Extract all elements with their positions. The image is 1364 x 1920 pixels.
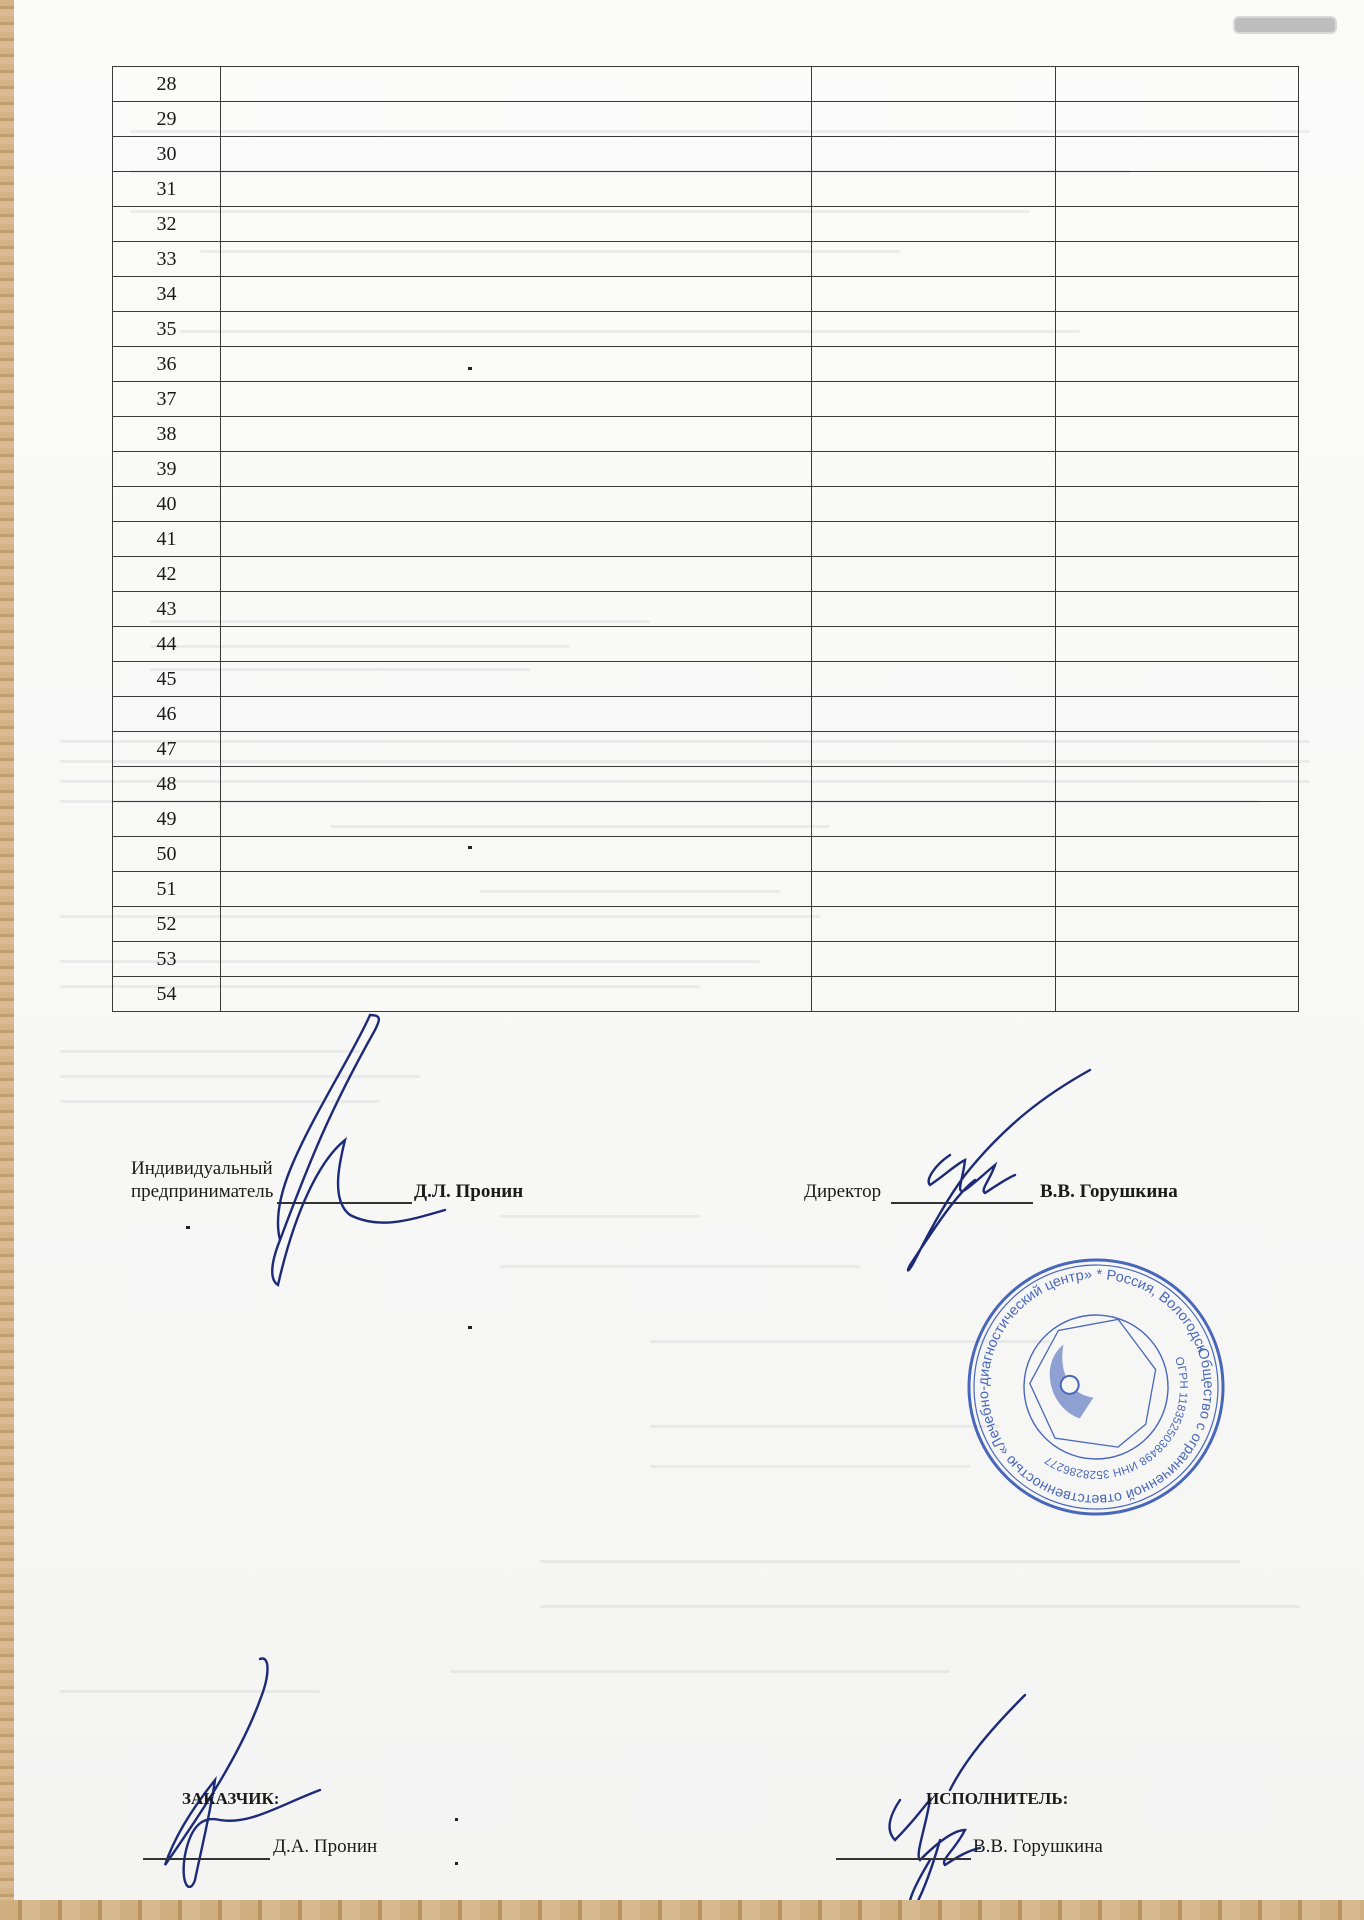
table-cell	[221, 557, 812, 592]
table-cell	[1056, 347, 1299, 382]
table-cell	[221, 977, 812, 1012]
row-number-cell: 40	[113, 487, 221, 522]
table-cell	[812, 872, 1056, 907]
row-number-cell: 30	[113, 137, 221, 172]
table-cell	[1056, 732, 1299, 767]
register-table: 2829303132333435363738394041424344454647…	[112, 66, 1299, 1012]
table-cell	[812, 662, 1056, 697]
table-cell	[221, 347, 812, 382]
table-cell	[1056, 592, 1299, 627]
show-through-line	[500, 1265, 860, 1268]
row-number-cell: 48	[113, 767, 221, 802]
desk-surface-left	[0, 0, 14, 1920]
row-number-cell: 37	[113, 382, 221, 417]
signature-line	[836, 1858, 971, 1860]
customer-label: ЗАКАЗЧИК:	[182, 1789, 279, 1809]
table-cell	[1056, 207, 1299, 242]
table-row: 46	[113, 697, 1299, 732]
row-number-cell: 50	[113, 837, 221, 872]
table-cell	[812, 172, 1056, 207]
table-cell	[221, 102, 812, 137]
table-row: 54	[113, 977, 1299, 1012]
show-through-line	[450, 1670, 950, 1673]
signer-role: Директор	[804, 1181, 881, 1203]
row-number-cell: 49	[113, 802, 221, 837]
row-number-cell: 34	[113, 277, 221, 312]
table-cell	[221, 802, 812, 837]
table-row: 50	[113, 837, 1299, 872]
table-cell	[812, 382, 1056, 417]
table-cell	[221, 487, 812, 522]
table-cell	[1056, 802, 1299, 837]
table-row: 38	[113, 417, 1299, 452]
row-number-cell: 47	[113, 732, 221, 767]
table-cell	[1056, 697, 1299, 732]
table-cell	[221, 942, 812, 977]
table-row: 34	[113, 277, 1299, 312]
show-through-line	[540, 1560, 1240, 1563]
show-through-line	[650, 1425, 1000, 1428]
table-row: 29	[113, 102, 1299, 137]
table-row: 51	[113, 872, 1299, 907]
table-cell	[1056, 67, 1299, 102]
table-cell	[1056, 242, 1299, 277]
table-row: 36	[113, 347, 1299, 382]
table-cell	[812, 802, 1056, 837]
table-cell	[812, 592, 1056, 627]
table-cell	[1056, 977, 1299, 1012]
table-cell	[1056, 837, 1299, 872]
table-cell	[221, 207, 812, 242]
table-cell	[221, 452, 812, 487]
stray-mark	[455, 1862, 458, 1865]
table-cell	[812, 907, 1056, 942]
table-cell	[1056, 102, 1299, 137]
table-cell	[812, 347, 1056, 382]
row-number-cell: 44	[113, 627, 221, 662]
table-row: 31	[113, 172, 1299, 207]
row-number-cell: 41	[113, 522, 221, 557]
table-row: 45	[113, 662, 1299, 697]
svg-text:Общество с ограниченной ответс: Общество с ограниченной ответственностью…	[962, 1253, 1230, 1521]
stray-mark	[468, 1326, 472, 1329]
row-number-cell: 38	[113, 417, 221, 452]
table-cell	[221, 67, 812, 102]
signer-role-line1: Индивидуальный	[131, 1158, 273, 1180]
table-cell	[812, 102, 1056, 137]
table-cell	[812, 942, 1056, 977]
table-cell	[221, 592, 812, 627]
table-cell	[812, 242, 1056, 277]
table-cell	[812, 207, 1056, 242]
table-cell	[812, 487, 1056, 522]
row-number-cell: 46	[113, 697, 221, 732]
table-cell	[1056, 452, 1299, 487]
table-cell	[1056, 137, 1299, 172]
table-cell	[1056, 382, 1299, 417]
table-cell	[812, 732, 1056, 767]
table-cell	[812, 417, 1056, 452]
table-cell	[1056, 942, 1299, 977]
show-through-line	[500, 1215, 700, 1218]
show-through-line	[650, 1465, 970, 1468]
table-cell	[1056, 662, 1299, 697]
table-row: 48	[113, 767, 1299, 802]
table-row: 41	[113, 522, 1299, 557]
table-cell	[812, 837, 1056, 872]
table-row: 32	[113, 207, 1299, 242]
table-cell	[1056, 312, 1299, 347]
table-cell	[1056, 627, 1299, 662]
table-cell	[221, 767, 812, 802]
table-row: 28	[113, 67, 1299, 102]
row-number-cell: 33	[113, 242, 221, 277]
table-cell	[812, 977, 1056, 1012]
row-number-cell: 52	[113, 907, 221, 942]
stray-mark	[468, 367, 472, 370]
table-cell	[221, 697, 812, 732]
row-number-cell: 45	[113, 662, 221, 697]
table-row: 37	[113, 382, 1299, 417]
signature-line	[143, 1858, 270, 1860]
table-cell	[812, 627, 1056, 662]
table-row: 42	[113, 557, 1299, 592]
table-cell	[1056, 417, 1299, 452]
table-cell	[221, 172, 812, 207]
stray-mark	[186, 1226, 190, 1229]
table-row: 33	[113, 242, 1299, 277]
customer-name: Д.А. Пронин	[273, 1836, 377, 1858]
table-cell	[221, 312, 812, 347]
table-cell	[221, 662, 812, 697]
table-row: 52	[113, 907, 1299, 942]
desk-surface-bottom	[0, 1900, 1364, 1920]
table-row: 44	[113, 627, 1299, 662]
handwritten-signature	[270, 1010, 470, 1290]
row-number-cell: 29	[113, 102, 221, 137]
table-row: 49	[113, 802, 1299, 837]
row-number-cell: 39	[113, 452, 221, 487]
table-cell	[221, 907, 812, 942]
table-cell	[812, 277, 1056, 312]
table-cell	[221, 837, 812, 872]
table-cell	[221, 137, 812, 172]
table-cell	[1056, 907, 1299, 942]
row-number-cell: 43	[113, 592, 221, 627]
company-seal: Общество с ограниченной ответственностью…	[962, 1253, 1230, 1521]
table-cell	[221, 627, 812, 662]
row-number-cell: 28	[113, 67, 221, 102]
table-cell	[812, 312, 1056, 347]
signer-role-line2: предприниматель	[131, 1181, 273, 1203]
row-number-cell: 35	[113, 312, 221, 347]
table-row: 40	[113, 487, 1299, 522]
show-through-line	[540, 1605, 1300, 1608]
table-cell	[1056, 767, 1299, 802]
table-cell	[1056, 557, 1299, 592]
row-number-cell: 36	[113, 347, 221, 382]
row-number-cell: 51	[113, 872, 221, 907]
table-cell	[221, 277, 812, 312]
table-cell	[221, 522, 812, 557]
handwritten-signature	[895, 1065, 1095, 1275]
row-number-cell: 31	[113, 172, 221, 207]
table-cell	[812, 67, 1056, 102]
row-number-cell: 54	[113, 977, 221, 1012]
paper-clip-tab	[1233, 16, 1337, 34]
table-row: 39	[113, 452, 1299, 487]
table-cell	[221, 382, 812, 417]
table-cell	[812, 557, 1056, 592]
table-cell	[1056, 522, 1299, 557]
table-row: 30	[113, 137, 1299, 172]
row-number-cell: 53	[113, 942, 221, 977]
table-row: 53	[113, 942, 1299, 977]
row-number-cell: 32	[113, 207, 221, 242]
table-cell	[1056, 487, 1299, 522]
table-cell	[221, 732, 812, 767]
table-cell	[1056, 277, 1299, 312]
stray-mark	[468, 846, 472, 849]
table-cell	[1056, 172, 1299, 207]
table-row: 35	[113, 312, 1299, 347]
table-cell	[221, 872, 812, 907]
table-cell	[812, 767, 1056, 802]
row-number-cell: 42	[113, 557, 221, 592]
contractor-label: ИСПОЛНИТЕЛЬ:	[926, 1789, 1068, 1809]
table-cell	[221, 417, 812, 452]
table-cell	[812, 137, 1056, 172]
table-cell	[812, 452, 1056, 487]
contractor-name: В.В. Горушкина	[973, 1836, 1103, 1858]
table-row: 43	[113, 592, 1299, 627]
table-cell	[812, 522, 1056, 557]
table-row: 47	[113, 732, 1299, 767]
stray-mark	[455, 1818, 458, 1821]
table-cell	[812, 697, 1056, 732]
table-cell	[1056, 872, 1299, 907]
table-cell	[221, 242, 812, 277]
